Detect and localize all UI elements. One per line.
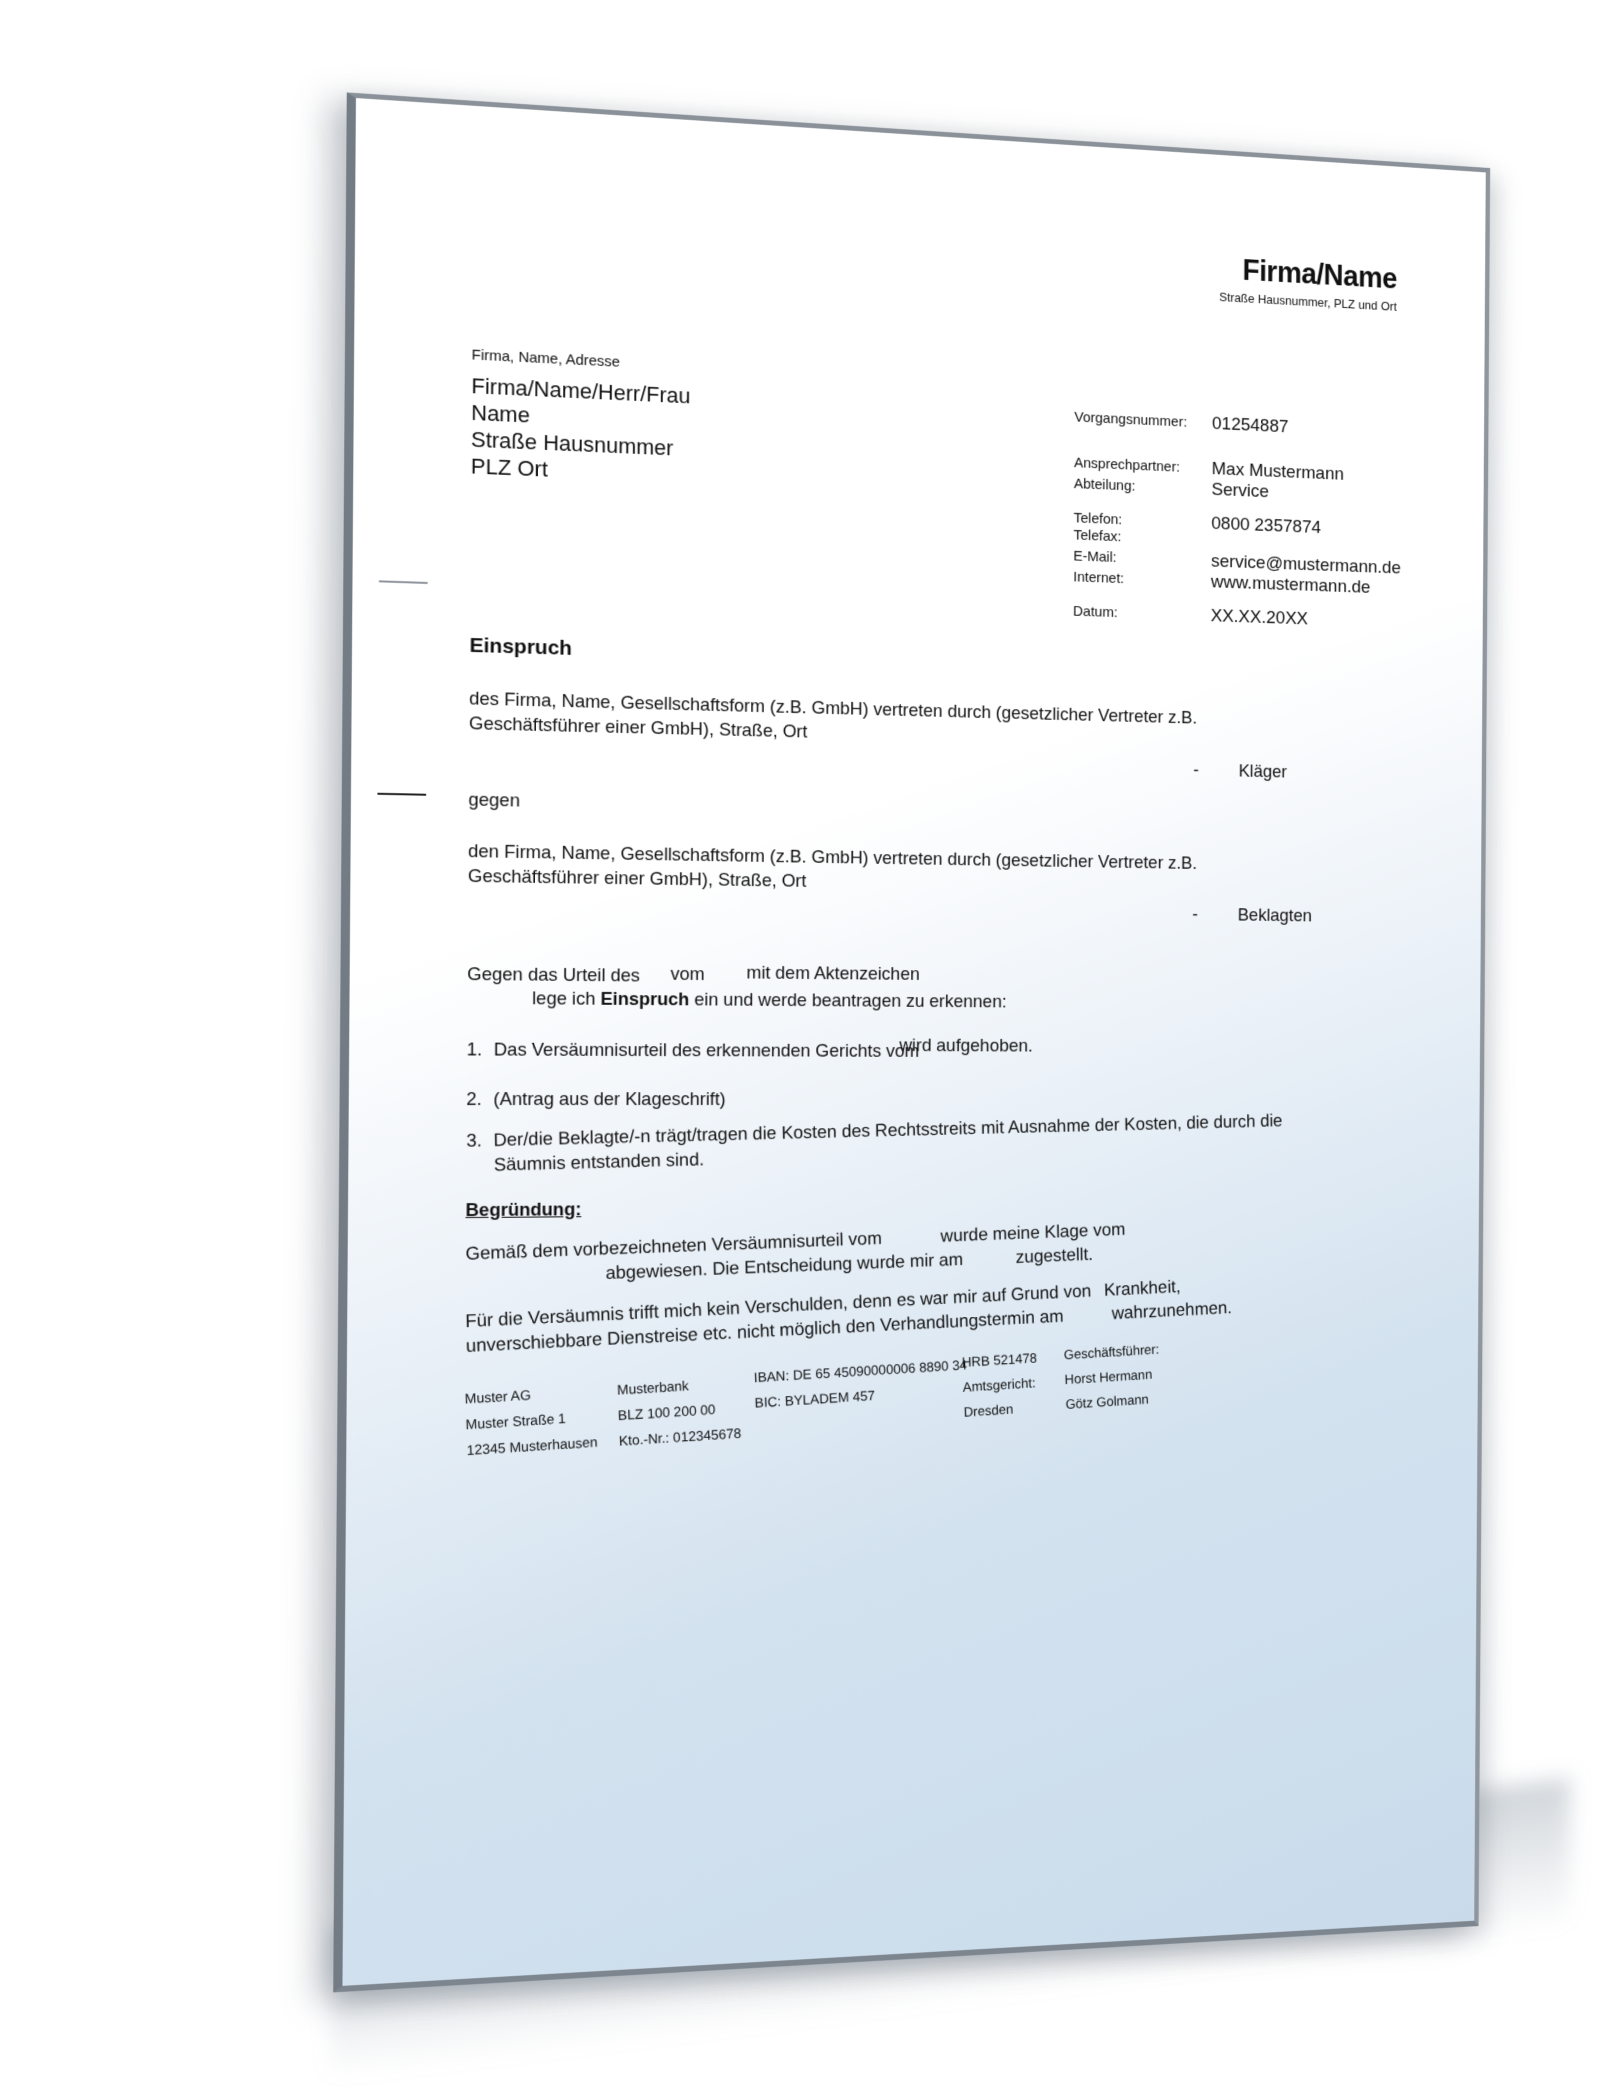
reasoning-text: wahrzunehmen. [1111, 1297, 1232, 1323]
list-text: (Antrag aus der Klageschrift) [493, 1088, 725, 1109]
plaintiff-role: Kläger [1239, 760, 1287, 782]
footer-company: Muster AG Muster Straße 1 12345 Musterha… [464, 1378, 598, 1463]
list-item-2: 2.(Antrag aus der Klageschrift) [466, 1086, 726, 1111]
list-item-1-tail: wird aufgehoben. [899, 1033, 1033, 1058]
list-number: 1. [467, 1037, 494, 1062]
reasoning-text: Krankheit, [1104, 1276, 1181, 1300]
plaintiff-dash: - [1193, 759, 1199, 780]
info-value: Service [1211, 480, 1269, 503]
footer-line: Dresden [963, 1395, 1039, 1425]
intro-c: mit dem Aktenzeichen [746, 960, 919, 986]
list-number: 2. [466, 1086, 493, 1111]
footer-register: HRB 521478 Amtsgericht: Dresden [962, 1345, 1040, 1424]
reasoning-text: zugestellt. [1015, 1244, 1093, 1267]
recipient-address: Firma/Name/Herr/Frau Name Straße Hausnum… [471, 372, 691, 488]
defendant-dash: - [1192, 904, 1198, 925]
reasoning-title: Begründung: [465, 1198, 581, 1221]
footer-line: Amtsgericht: [962, 1370, 1038, 1399]
list-number: 3. [466, 1127, 493, 1152]
intro-text: lege ich [532, 987, 601, 1008]
defendant-role: Beklagten [1238, 904, 1312, 926]
document-title: Einspruch [469, 634, 572, 661]
intro-text: ein und werde beantragen zu erkennen: [689, 989, 1007, 1012]
document-stage: Firma/Name Straße Hausnummer, PLZ und Or… [0, 0, 1600, 2100]
document-page: Firma/Name Straße Hausnummer, PLZ und Or… [333, 92, 1490, 1992]
intro-bold-text: Einspruch [600, 988, 689, 1009]
list-item-1: 1.Das Versäumnisurteil des erkennenden G… [467, 1037, 920, 1063]
intro-line-2: lege ich Einspruch ein und werde beantra… [532, 986, 1007, 1014]
footer-management: Geschäftsführer: Horst Hermann Götz Golm… [1063, 1337, 1161, 1417]
gegen-label: gegen [468, 787, 520, 813]
intro-b: vom [670, 961, 704, 986]
info-value: 0800 2357874 [1211, 514, 1321, 539]
info-value: XX.XX.20XX [1211, 606, 1308, 630]
list-text: Das Versäumnisurteil des erkennenden Ger… [494, 1039, 920, 1061]
info-value: 01254887 [1212, 414, 1289, 438]
footer-bank: Musterbank BLZ 100 200 00 Kto.-Nr.: 0123… [617, 1370, 742, 1454]
intro-a: Gegen das Urteil des [467, 961, 640, 987]
